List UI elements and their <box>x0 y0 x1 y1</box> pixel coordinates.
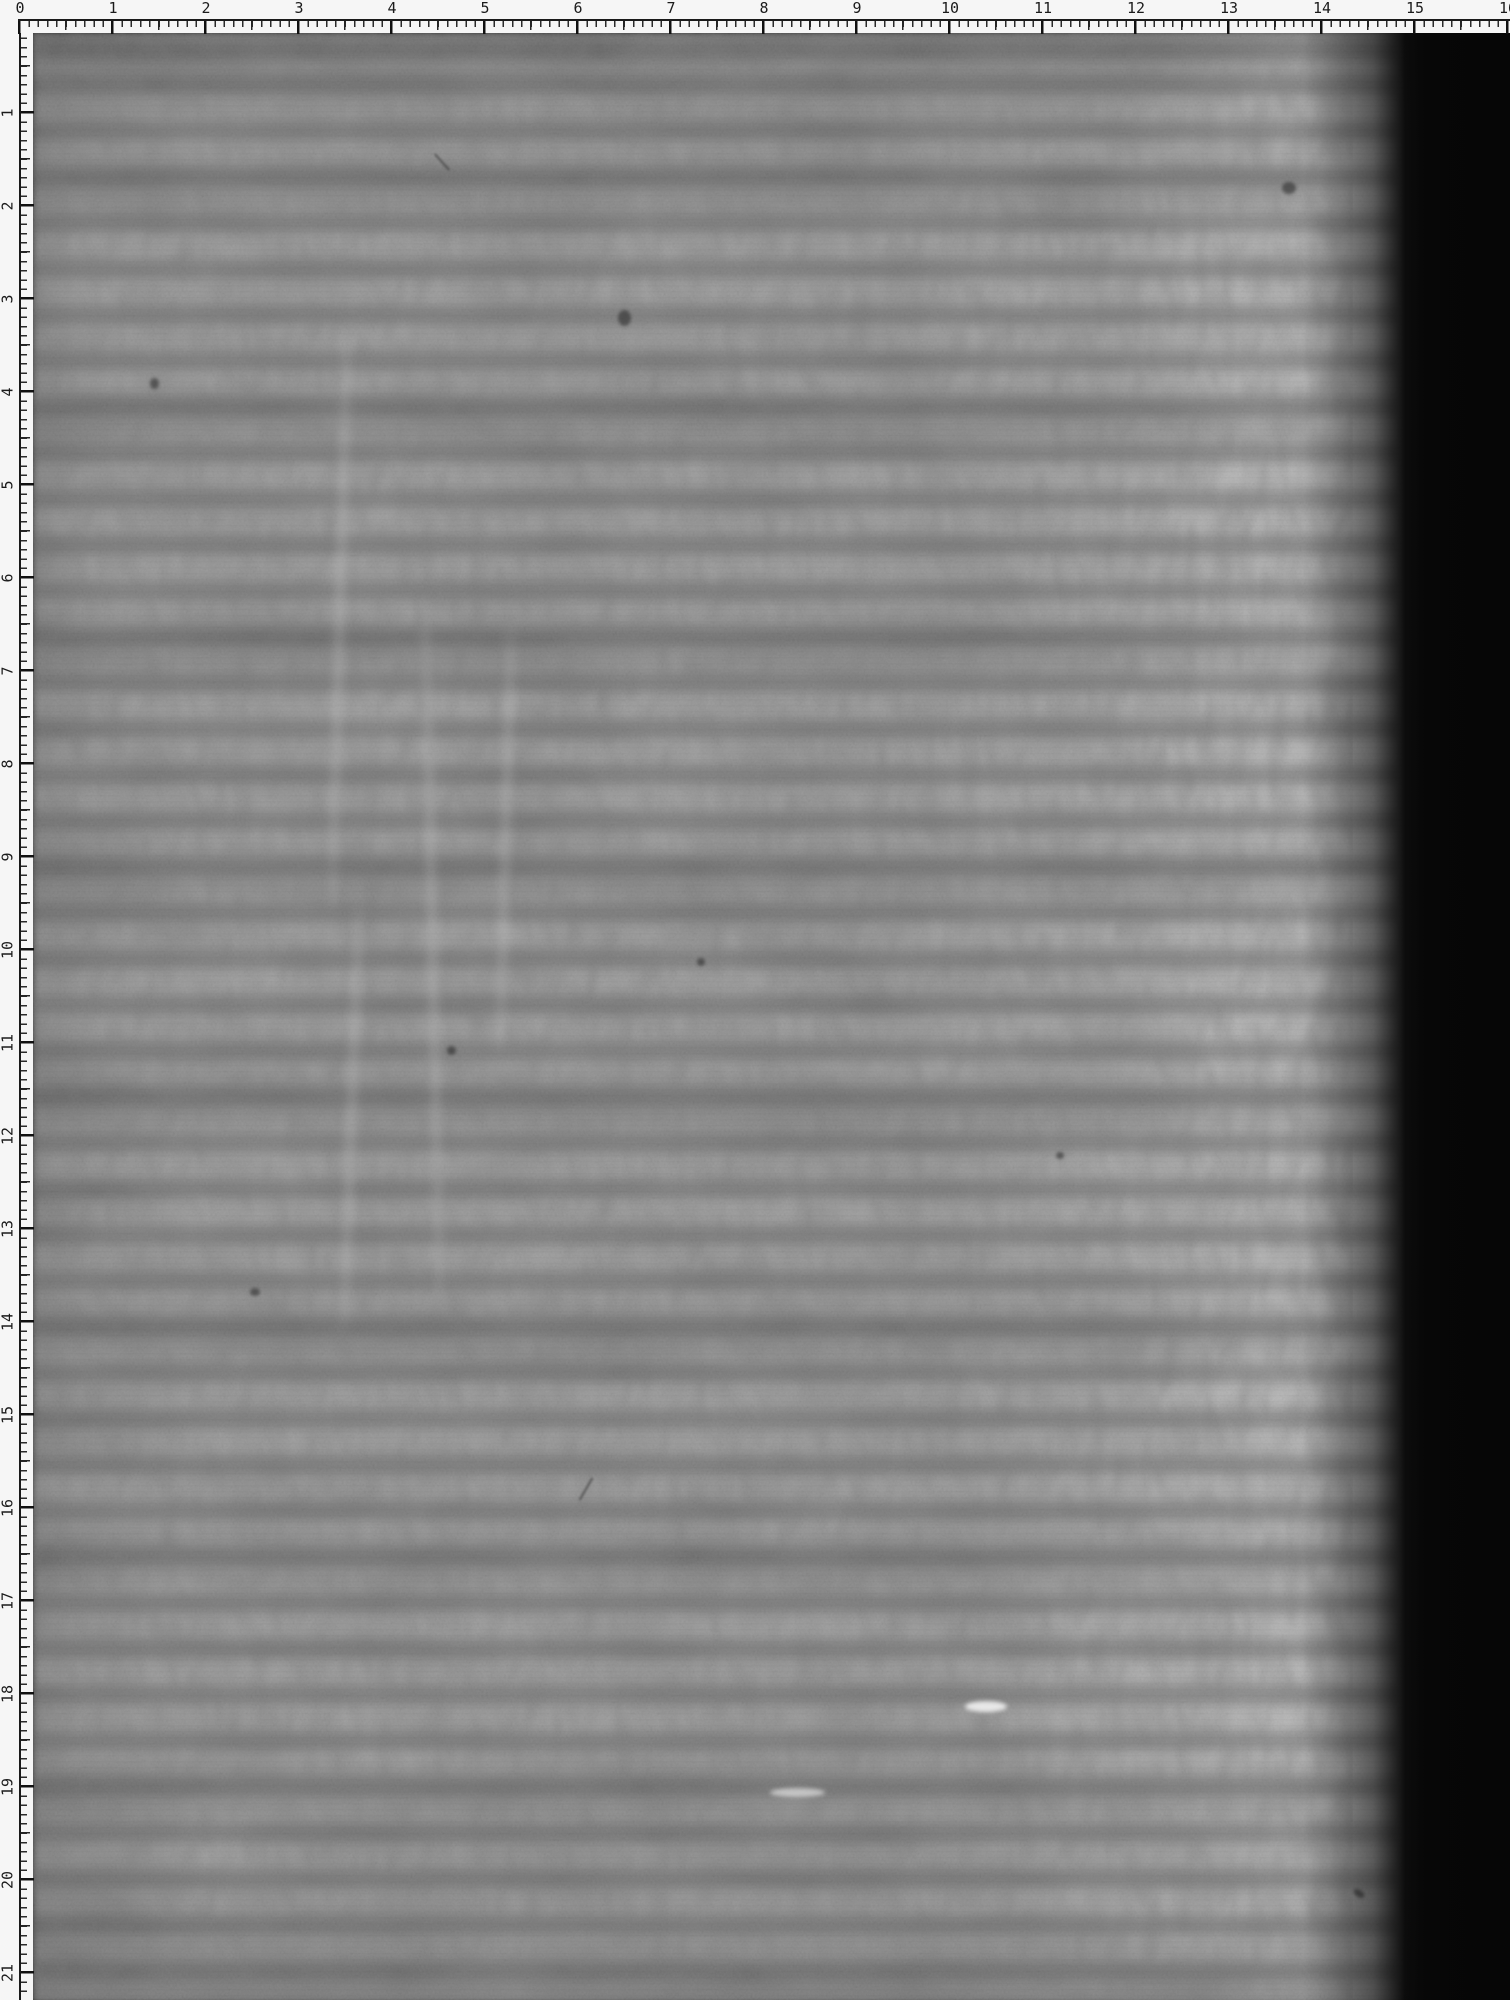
ruler-left-major-ticks <box>21 18 34 2000</box>
ruler-top-label: 7 <box>666 2 675 15</box>
ruler-left-label: 1 <box>2 108 15 117</box>
ruler-left-label: 3 <box>2 294 15 303</box>
ruler-left-label: 11 <box>2 1034 15 1052</box>
ruler-top-label: 16 <box>1499 2 1510 15</box>
ruler-left-label: 16 <box>2 1499 15 1517</box>
ruler-top-label: 6 <box>573 2 582 15</box>
scan-black-edge <box>33 33 1510 2000</box>
ruler-left: 123456789101112131415161718192021 <box>0 0 33 2000</box>
ruler-left-label: 8 <box>2 759 15 768</box>
ruler-top-label: 14 <box>1313 2 1331 15</box>
ruler-left-label: 21 <box>2 1964 15 1982</box>
ruler-left-label: 17 <box>2 1592 15 1610</box>
ruler-top-label: 8 <box>759 2 768 15</box>
ruler-top-label: 0 <box>15 2 24 15</box>
ruler-left-label: 14 <box>2 1313 15 1331</box>
ruler-left-label: 19 <box>2 1778 15 1796</box>
ruler-left-label: 15 <box>2 1406 15 1424</box>
ruler-top-label: 1 <box>108 2 117 15</box>
ruler-top-label: 3 <box>294 2 303 15</box>
manuscript-scan-page: 123456789101112131415161718192021 012345… <box>0 0 1510 2000</box>
ruler-top-label: 15 <box>1406 2 1424 15</box>
ruler-top-label: 5 <box>480 2 489 15</box>
ruler-top-label: 13 <box>1220 2 1238 15</box>
ruler-left-label: 12 <box>2 1127 15 1145</box>
ruler-top-label: 2 <box>201 2 210 15</box>
ruler-top-label: 4 <box>387 2 396 15</box>
ruler-left-label: 18 <box>2 1685 15 1703</box>
ruler-top-label: 9 <box>852 2 861 15</box>
ruler-left-label: 7 <box>2 666 15 675</box>
ruler-left-label: 2 <box>2 201 15 210</box>
ruler-top-label: 11 <box>1034 2 1052 15</box>
ruler-top-label: 12 <box>1127 2 1145 15</box>
ruler-left-label: 5 <box>2 480 15 489</box>
manuscript-photo <box>33 33 1510 2000</box>
ruler-left-label: 20 <box>2 1871 15 1889</box>
ruler-left-label: 13 <box>2 1220 15 1238</box>
ruler-top-label: 10 <box>941 2 959 15</box>
ruler-left-label: 9 <box>2 852 15 861</box>
ruler-left-label: 10 <box>2 941 15 959</box>
ruler-left-label: 6 <box>2 573 15 582</box>
ruler-left-label: 4 <box>2 387 15 396</box>
ruler-top: 012345678910111213141516 <box>0 0 1510 33</box>
ruler-top-major-ticks <box>18 21 1510 34</box>
